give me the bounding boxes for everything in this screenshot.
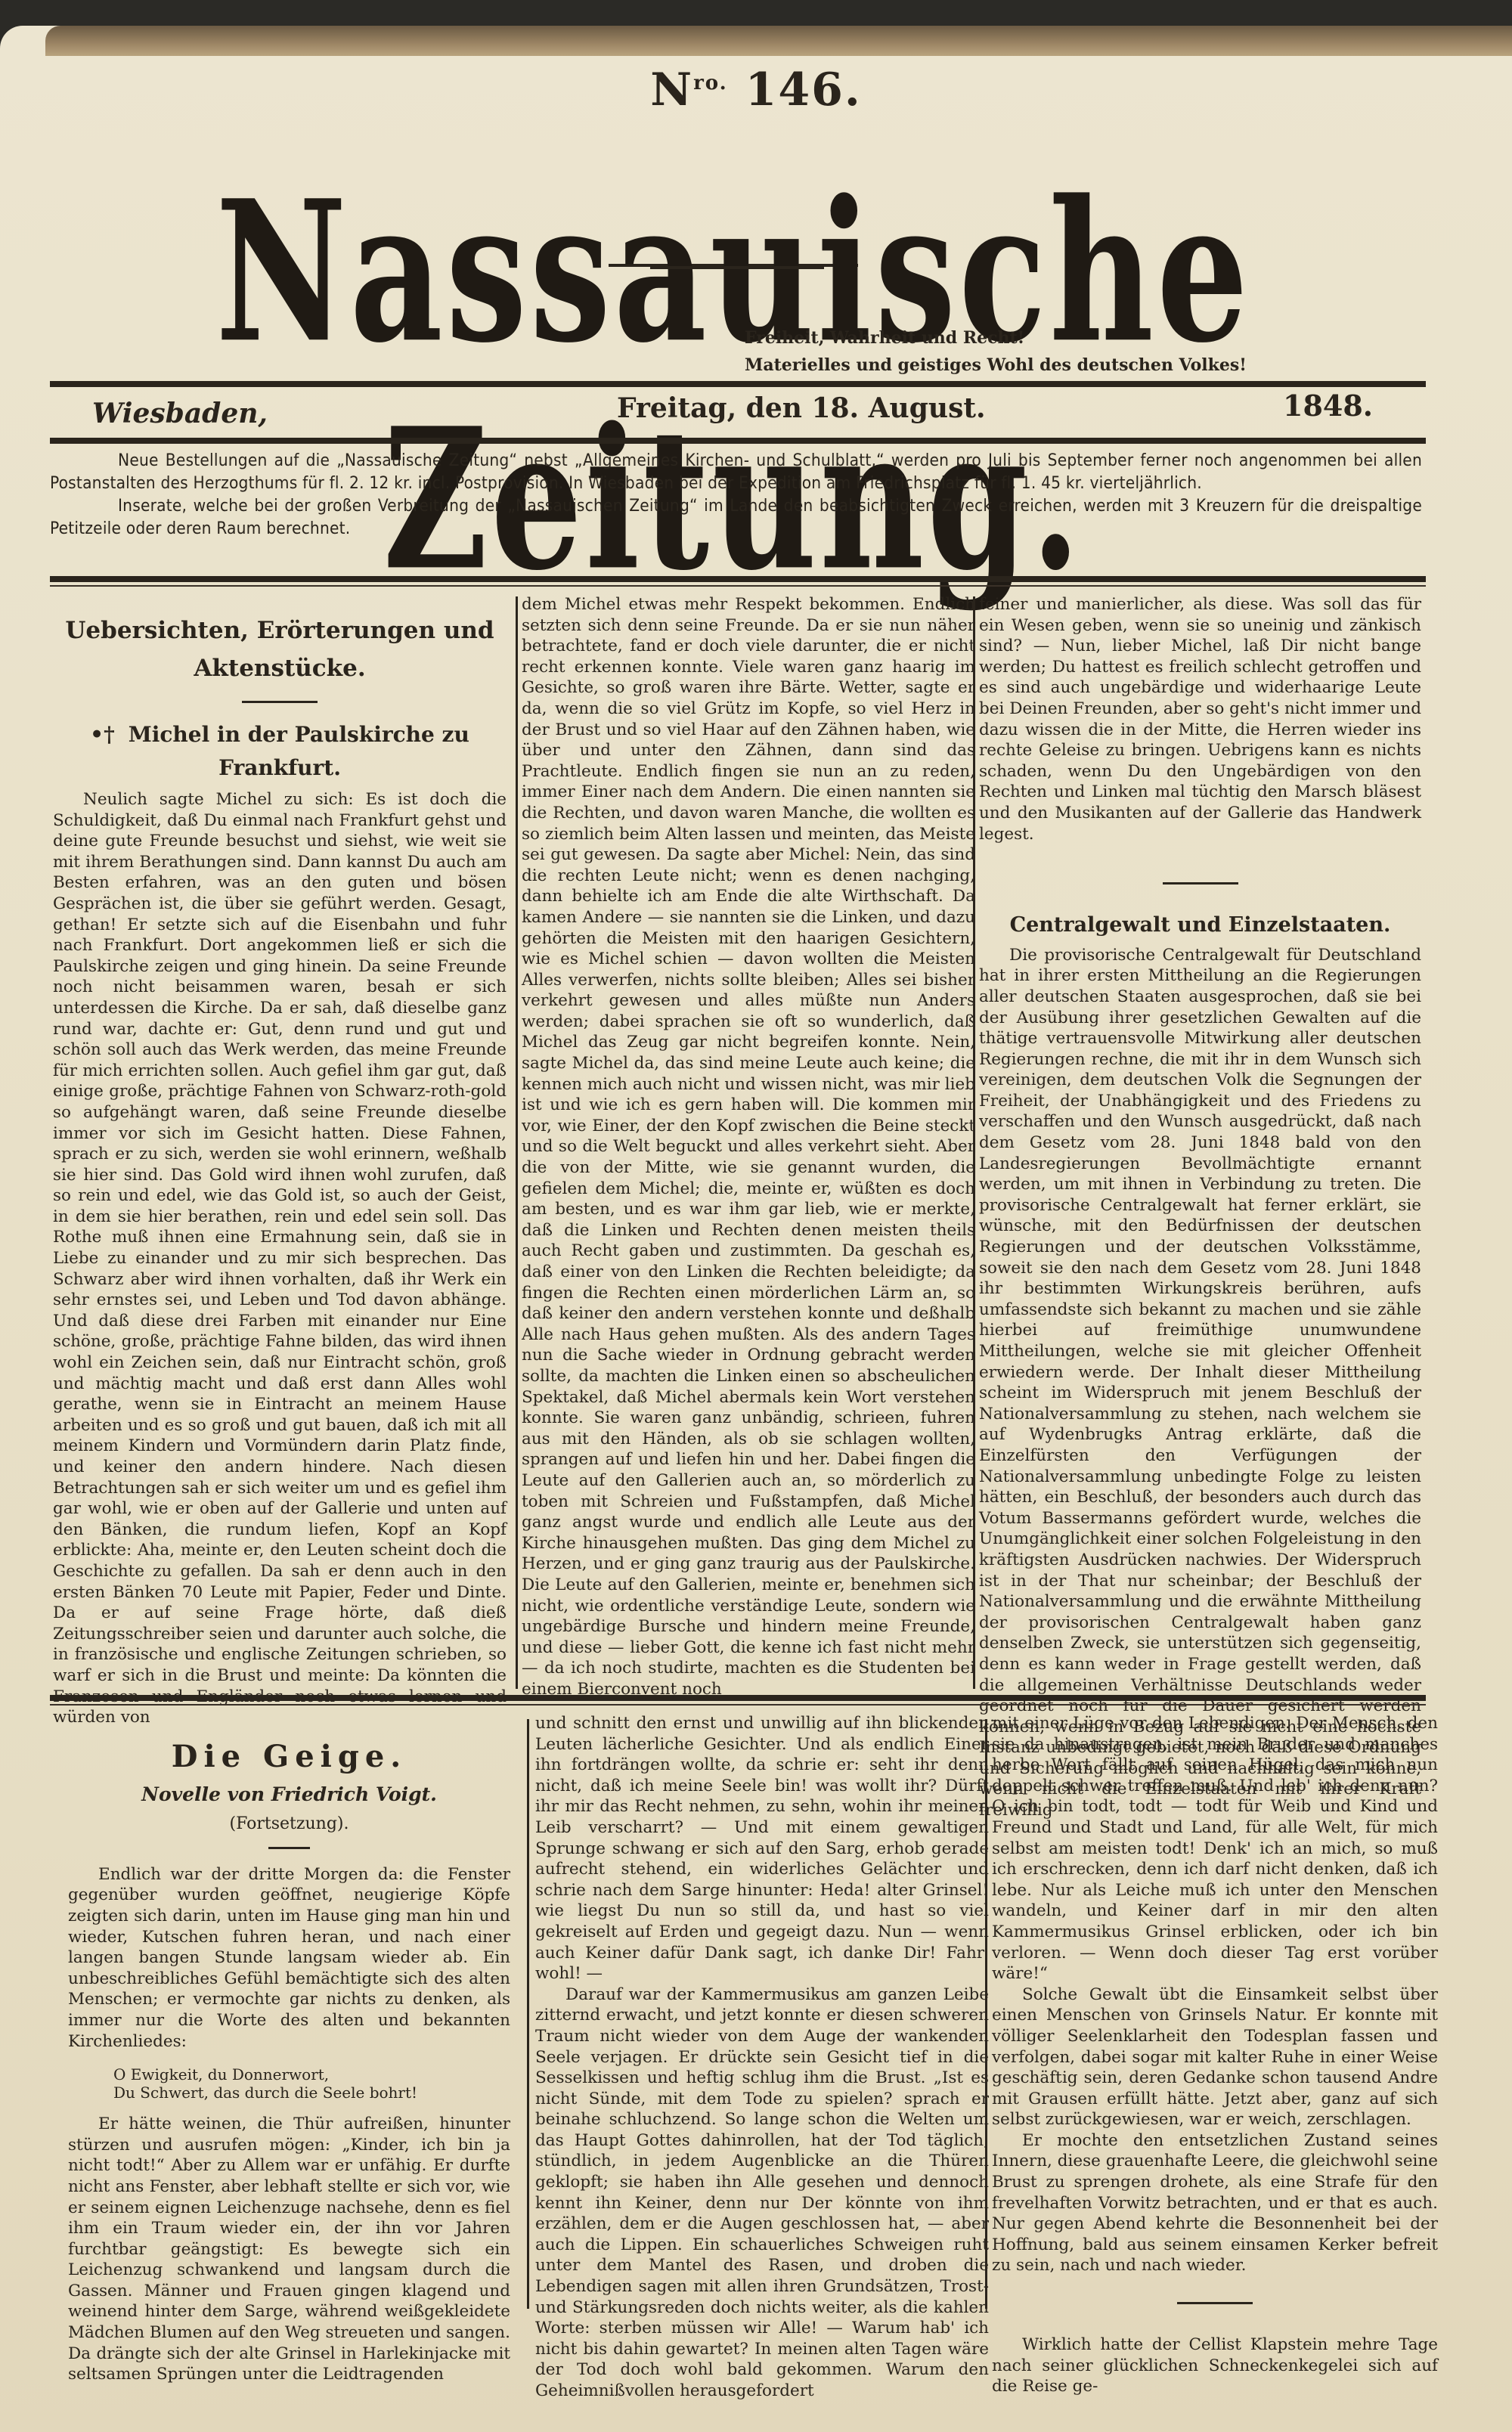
feuilleton-column-2: und schnitt den ernst und unwillig auf i… bbox=[535, 1713, 989, 2402]
story-text: mit einer Lüge vor den Lebendigen. Der M… bbox=[992, 1713, 1438, 1984]
section-heading: Uebersichten, Erörterungen und Aktenstüc… bbox=[53, 612, 507, 687]
story-text: Endlich war der dritte Morgen da: die Fe… bbox=[68, 1864, 510, 2052]
column-divider bbox=[973, 596, 975, 1689]
issue-sup: ro. bbox=[693, 72, 728, 94]
article-text: Die provisorische Centralgewalt für Deut… bbox=[979, 945, 1421, 1821]
column-divider bbox=[516, 596, 518, 1689]
separator bbox=[268, 1847, 310, 1849]
story-text: Er hätte weinen, die Thür aufreißen, hin… bbox=[68, 2114, 510, 2385]
dateline-place: Wiesbaden, bbox=[92, 398, 268, 429]
binding-edge bbox=[45, 26, 1512, 56]
notice-paragraph: Inserate, welche bei der großen Verbreit… bbox=[50, 494, 1422, 540]
column-divider bbox=[527, 1719, 529, 2309]
feuilleton-rule-thin bbox=[50, 1704, 1426, 1705]
subscription-notice: Neue Bestellungen auf die „Nassauische Z… bbox=[50, 449, 1422, 540]
story-continuation: (Fortsetzung). bbox=[68, 1814, 510, 1835]
upper-column-3: feiner und manierlicher, als diese. Was … bbox=[979, 594, 1421, 1821]
feuilleton-column-3: mit einer Lüge vor den Lebendigen. Der M… bbox=[992, 1713, 1438, 2397]
article-text: Neulich sagte Michel zu sich: Es ist doc… bbox=[53, 789, 507, 1728]
upper-column-1: Uebersichten, Erörterungen und Aktenstüc… bbox=[53, 589, 507, 1728]
issue-prefix: N bbox=[650, 64, 693, 116]
dateline-date: Freitag, den 18. August. bbox=[617, 392, 986, 424]
notice-rule-bottom bbox=[50, 576, 1426, 582]
separator bbox=[242, 701, 318, 703]
story-text: Darauf war der Kammermusikus am ganzen L… bbox=[535, 1984, 989, 2402]
story-text: Solche Gewalt übt die Einsamkeit selbst … bbox=[992, 1984, 1438, 2130]
dateline-rule-top bbox=[50, 381, 1426, 387]
verse-line: O Ewigkeit, du Donnerwort, bbox=[113, 2065, 510, 2083]
motto: Freiheit, Wahrheit und Recht! Materielle… bbox=[745, 324, 1247, 379]
hymn-verse: O Ewigkeit, du Donnerwort, Du Schwert, d… bbox=[113, 2065, 510, 2102]
feuilleton-column-1: Die Geige. Novelle von Friedrich Voigt. … bbox=[68, 1712, 510, 2385]
motto-line-2: Materielles und geistiges Wohl des deuts… bbox=[745, 352, 1247, 379]
article-text: dem Michel etwas mehr Respekt bekommen. … bbox=[522, 594, 975, 1699]
issue-value: 146. bbox=[745, 64, 862, 116]
story-text: Er mochte den entsetzlichen Zustand sein… bbox=[992, 2130, 1438, 2276]
author-mark-icon: •† bbox=[90, 722, 115, 747]
story-title: Die Geige. bbox=[68, 1746, 510, 1767]
feuilleton-rule bbox=[50, 1695, 1426, 1701]
story-text: und schnitt den ernst und unwillig auf i… bbox=[535, 1713, 989, 1984]
separator bbox=[1163, 882, 1238, 885]
newspaper-page: Nro. 146. Nassauische Zeitung. Freiheit,… bbox=[0, 26, 1512, 2432]
separator bbox=[1177, 2302, 1253, 2304]
verse-line: Du Schwert, das durch die Seele bohrt! bbox=[113, 2083, 510, 2102]
article-title: Michel in der Paulskirche zu Frankfurt. bbox=[129, 722, 469, 780]
masthead-rule-mid-hidden bbox=[650, 266, 824, 269]
notice-paragraph: Neue Bestellungen auf die „Nassauische Z… bbox=[50, 449, 1422, 494]
dateline-year: 1848. bbox=[1283, 389, 1373, 423]
notice-rule-bottom-thin bbox=[50, 585, 1426, 587]
dateline: Wiesbaden, Freitag, den 18. August. 1848… bbox=[50, 389, 1418, 434]
column-divider bbox=[985, 1719, 987, 2309]
article-text: feiner und manierlicher, als diese. Was … bbox=[979, 594, 1421, 844]
article-heading-michel: •†Michel in der Paulskirche zu Frankfurt… bbox=[53, 718, 507, 785]
story-text: Wirklich hatte der Cellist Klapstein meh… bbox=[992, 2334, 1438, 2397]
notice-rule-top bbox=[50, 438, 1426, 444]
story-byline: Novelle von Friedrich Voigt. bbox=[68, 1784, 510, 1805]
article-heading-centralgewalt: Centralgewalt und Einzelstaaten. bbox=[979, 915, 1421, 936]
motto-line-1: Freiheit, Wahrheit und Recht! bbox=[745, 324, 1247, 352]
upper-column-2: dem Michel etwas mehr Respekt bekommen. … bbox=[522, 594, 975, 1699]
issue-number: Nro. 146. bbox=[0, 64, 1512, 116]
